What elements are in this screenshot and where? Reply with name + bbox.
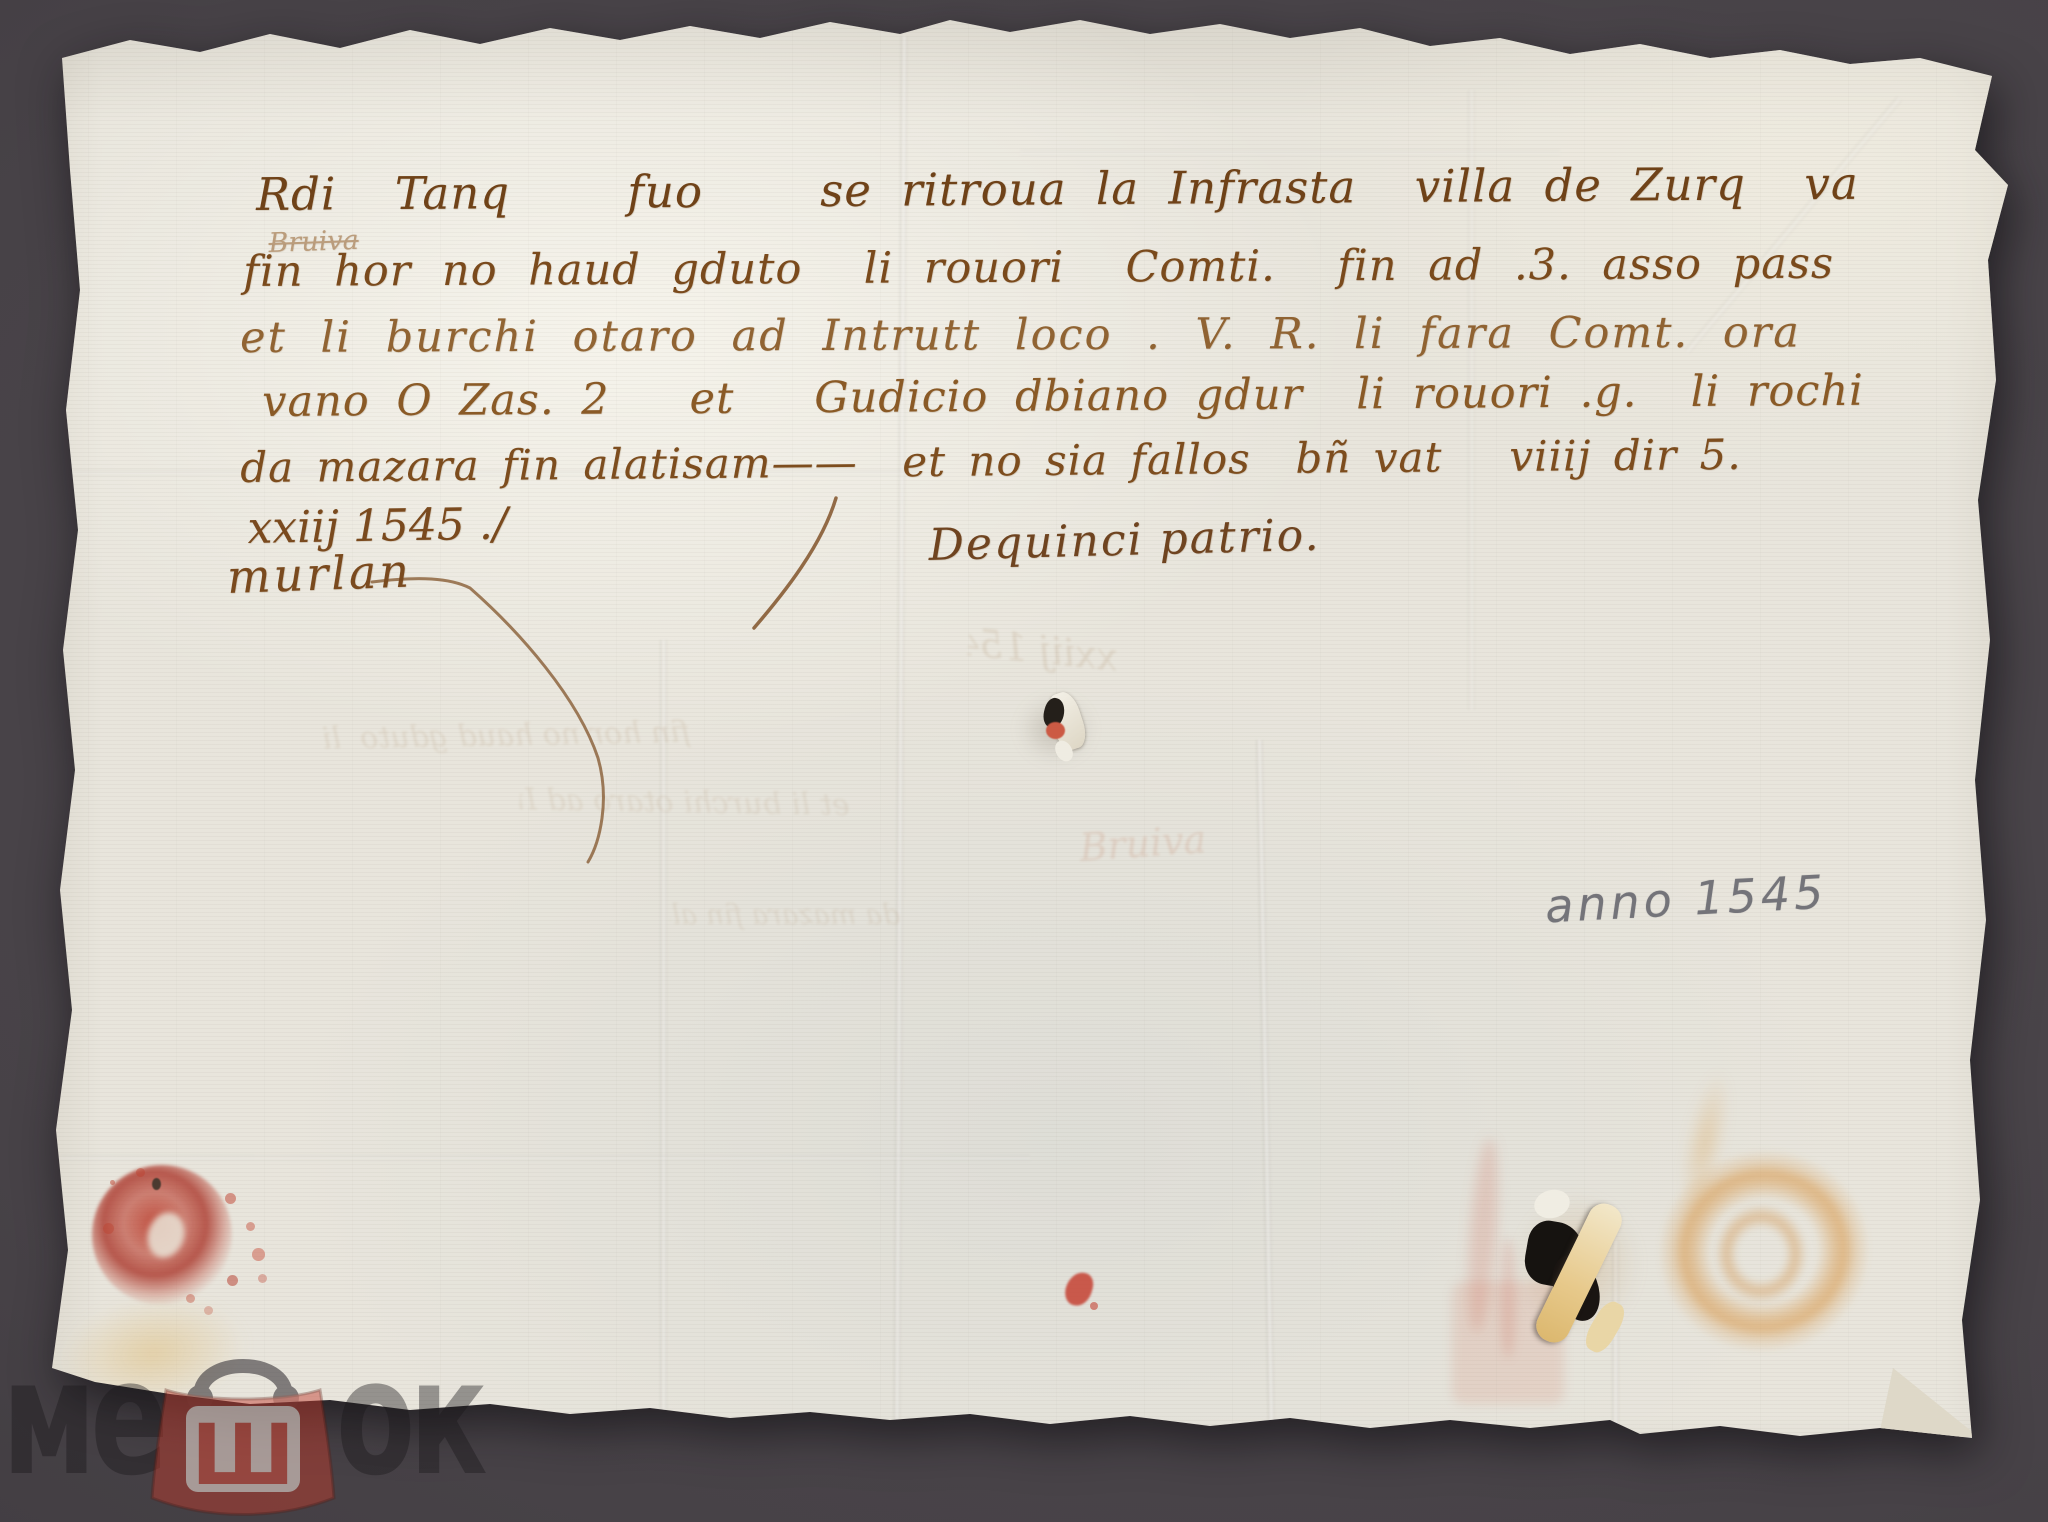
- watermark: ме Ш ок: [0, 1338, 540, 1522]
- red-blot-speck: [1090, 1302, 1098, 1310]
- watermark-text-right: ок: [336, 1338, 482, 1498]
- shopping-bag-icon: Ш: [148, 1350, 338, 1518]
- manuscript-paper: fin hor no haud gduto li rouori Comti. f…: [0, 0, 2048, 1522]
- scanned-photo: fin hor no haud gduto li rouori Comti. f…: [0, 0, 2048, 1522]
- hole-wax-red: [1046, 722, 1065, 739]
- paper-sheet: fin hor no haud gduto li rouori Comti. f…: [0, 0, 2048, 1522]
- bag-letter: Ш: [191, 1406, 295, 1504]
- date-slash-flourish: [754, 498, 836, 628]
- wax-seal-speckles: [110, 1180, 115, 1185]
- wax-seal-dark-speck: [152, 1178, 161, 1190]
- watermark-text-left: ме: [2, 1338, 163, 1498]
- bag-handle: [200, 1366, 286, 1396]
- signature-flourish: [372, 579, 603, 862]
- orange-inner-arc: [1700, 1188, 1822, 1320]
